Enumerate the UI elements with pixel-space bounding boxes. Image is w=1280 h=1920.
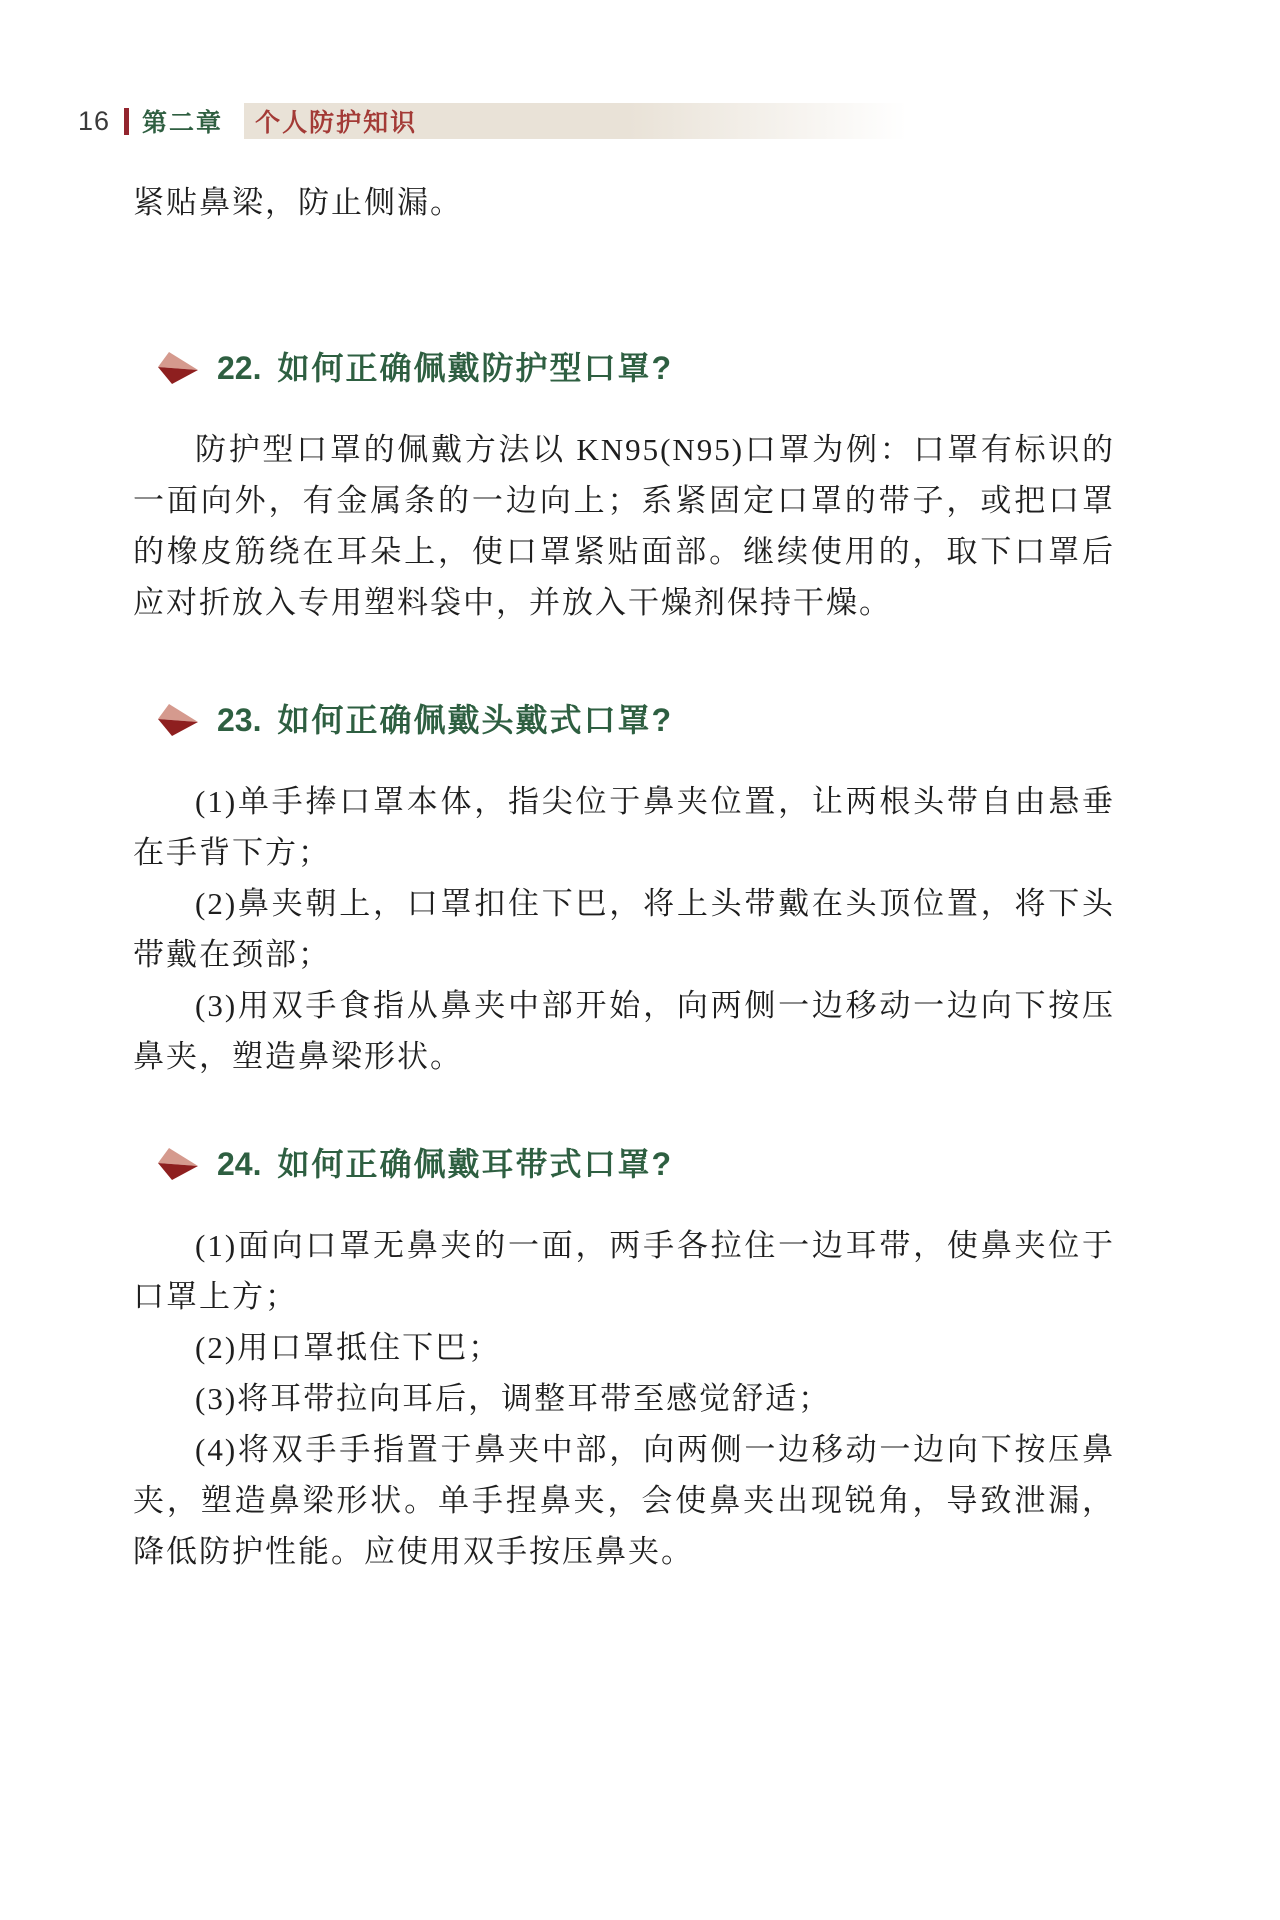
section-title: 如何正确佩戴头戴式口罩? <box>277 698 673 742</box>
header-divider <box>124 108 129 135</box>
numbered-item: (1)单手捧口罩本体，指尖位于鼻夹位置，让两根头带自由悬垂在手背下方； <box>133 776 1115 878</box>
section-title: 如何正确佩戴防护型口罩? <box>277 346 673 390</box>
numbered-item: (3)用双手食指从鼻夹中部开始，向两侧一边移动一边向下按压鼻夹，塑造鼻梁形状。 <box>133 980 1115 1082</box>
page-number: 16 <box>78 106 110 137</box>
section-heading: 24. 如何正确佩戴耳带式口罩? <box>155 1142 1115 1186</box>
chapter-label: 第二章 <box>142 103 223 139</box>
section-24: 24. 如何正确佩戴耳带式口罩? (1)面向口罩无鼻夹的一面，两手各拉住一边耳带… <box>133 1142 1115 1577</box>
section-22: 22. 如何正确佩戴防护型口罩? 防护型口罩的佩戴方法以 KN95(N95)口罩… <box>133 346 1115 628</box>
section-heading: 22. 如何正确佩戴防护型口罩? <box>155 346 1115 390</box>
arrowhead-icon <box>155 1146 201 1182</box>
arrowhead-icon <box>155 702 201 738</box>
numbered-item: (3)将耳带拉向耳后，调整耳带至感觉舒适； <box>133 1373 1115 1424</box>
section-number: 23. <box>217 698 261 742</box>
numbered-item: (2)用口罩抵住下巴； <box>133 1322 1115 1373</box>
numbered-item: (1)面向口罩无鼻夹的一面，两手各拉住一边耳带，使鼻夹位于口罩上方； <box>133 1220 1115 1322</box>
paragraph: 防护型口罩的佩戴方法以 KN95(N95)口罩为例：口罩有标识的一面向外，有金属… <box>133 424 1115 628</box>
section-heading: 23. 如何正确佩戴头戴式口罩? <box>155 698 1115 742</box>
numbered-item: (4)将双手手指置于鼻夹中部，向两侧一边移动一边向下按压鼻夹，塑造鼻梁形状。单手… <box>133 1424 1115 1577</box>
page-header: 16 第二章 个人防护知识 <box>78 103 1280 139</box>
page-content: 紧贴鼻梁，防止侧漏。 22. 如何正确佩戴防护型口罩? 防护型口罩的佩戴方法以 … <box>133 177 1115 1577</box>
section-title: 如何正确佩戴耳带式口罩? <box>277 1142 673 1186</box>
chapter-title: 个人防护知识 <box>255 103 417 139</box>
numbered-item: (2)鼻夹朝上，口罩扣住下巴，将上头带戴在头顶位置，将下头带戴在颈部； <box>133 878 1115 980</box>
carryover-paragraph: 紧贴鼻梁，防止侧漏。 <box>133 177 1115 228</box>
arrowhead-icon <box>155 350 201 386</box>
chapter-title-band: 个人防护知识 <box>244 103 907 139</box>
section-number: 24. <box>217 1142 261 1186</box>
section-number: 22. <box>217 346 261 390</box>
section-23: 23. 如何正确佩戴头戴式口罩? (1)单手捧口罩本体，指尖位于鼻夹位置，让两根… <box>133 698 1115 1082</box>
